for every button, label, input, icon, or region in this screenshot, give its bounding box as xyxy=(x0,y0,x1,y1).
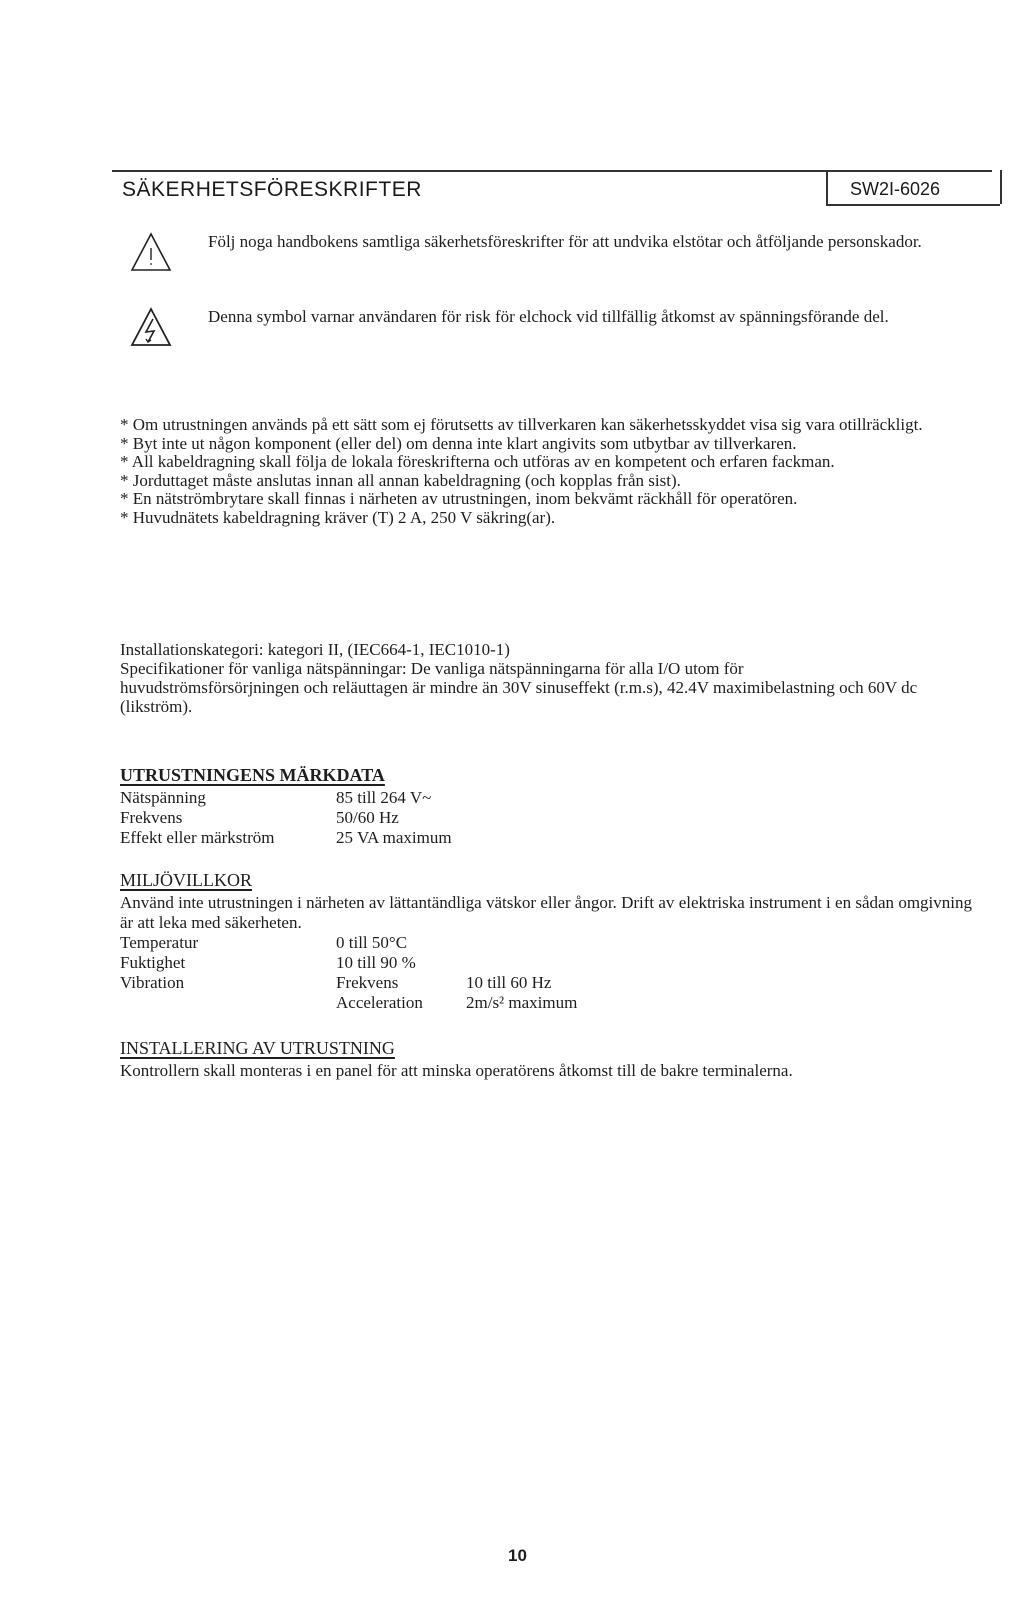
rating-value: 25 VA maximum xyxy=(336,828,452,848)
environment-value: 0 till 50°C xyxy=(336,933,407,953)
rating-value: 85 till 264 V~ xyxy=(336,788,431,808)
warning-general-text: Följ noga handbokens samtliga säkerhetsf… xyxy=(208,232,978,252)
list-item: * En nätströmbrytare skall finnas i närh… xyxy=(120,490,976,509)
environment-extra: 2m/s² maximum xyxy=(466,993,577,1013)
environment-value: Frekvens xyxy=(336,973,398,993)
list-item: * All kabeldragning skall följa de lokal… xyxy=(120,453,976,472)
voltage-specification: Specifikationer för vanliga nätspänninga… xyxy=(120,659,920,716)
list-item: * Jorduttaget måste anslutas innan all a… xyxy=(120,472,976,491)
document-code: SW2I-6026 xyxy=(850,179,940,200)
warning-triangle-exclamation-icon xyxy=(130,232,172,272)
installation-info: Installationskategori: kategori II, (IEC… xyxy=(120,640,920,716)
rating-label: Effekt eller märkström xyxy=(120,828,275,848)
rating-label: Nätspänning xyxy=(120,788,206,808)
environment-heading: MILJÖVILLKOR xyxy=(120,870,252,891)
environment-extra: 10 till 60 Hz xyxy=(466,973,551,993)
environment-value: 10 till 90 % xyxy=(336,953,416,973)
electric-shock-triangle-icon xyxy=(130,307,172,347)
rating-label: Frekvens xyxy=(120,808,182,828)
environment-label: Temperatur xyxy=(120,933,198,953)
rating-heading: UTRUSTNINGENS MÄRKDATA xyxy=(120,765,385,786)
rating-value: 50/60 Hz xyxy=(336,808,399,828)
list-item: * Huvudnätets kabeldragning kräver (T) 2… xyxy=(120,509,976,528)
page-number: 10 xyxy=(508,1546,527,1566)
document-code-box: SW2I-6026 xyxy=(826,170,1000,206)
environment-label: Fuktighet xyxy=(120,953,185,973)
mounting-heading: INSTALLERING AV UTRUSTNING xyxy=(120,1038,395,1059)
environment-label: Vibration xyxy=(120,973,184,993)
mounting-text: Kontrollern skall monteras i en panel fö… xyxy=(120,1061,972,1081)
installation-category: Installationskategori: kategori II, (IEC… xyxy=(120,640,920,659)
safety-bullet-list: * Om utrustningen används på ett sätt so… xyxy=(120,416,976,528)
list-item: * Om utrustningen används på ett sätt so… xyxy=(120,416,976,435)
warning-electric-shock-text: Denna symbol varnar användaren för risk … xyxy=(208,307,978,327)
page-title: SÄKERHETSFÖRESKRIFTER xyxy=(122,178,422,202)
page-header: SÄKERHETSFÖRESKRIFTER SW2I-6026 xyxy=(112,170,1000,206)
environment-value: Acceleration xyxy=(336,993,423,1013)
list-item: * Byt inte ut någon komponent (eller del… xyxy=(120,435,976,454)
environment-text: Använd inte utrustningen i närheten av l… xyxy=(120,893,972,933)
